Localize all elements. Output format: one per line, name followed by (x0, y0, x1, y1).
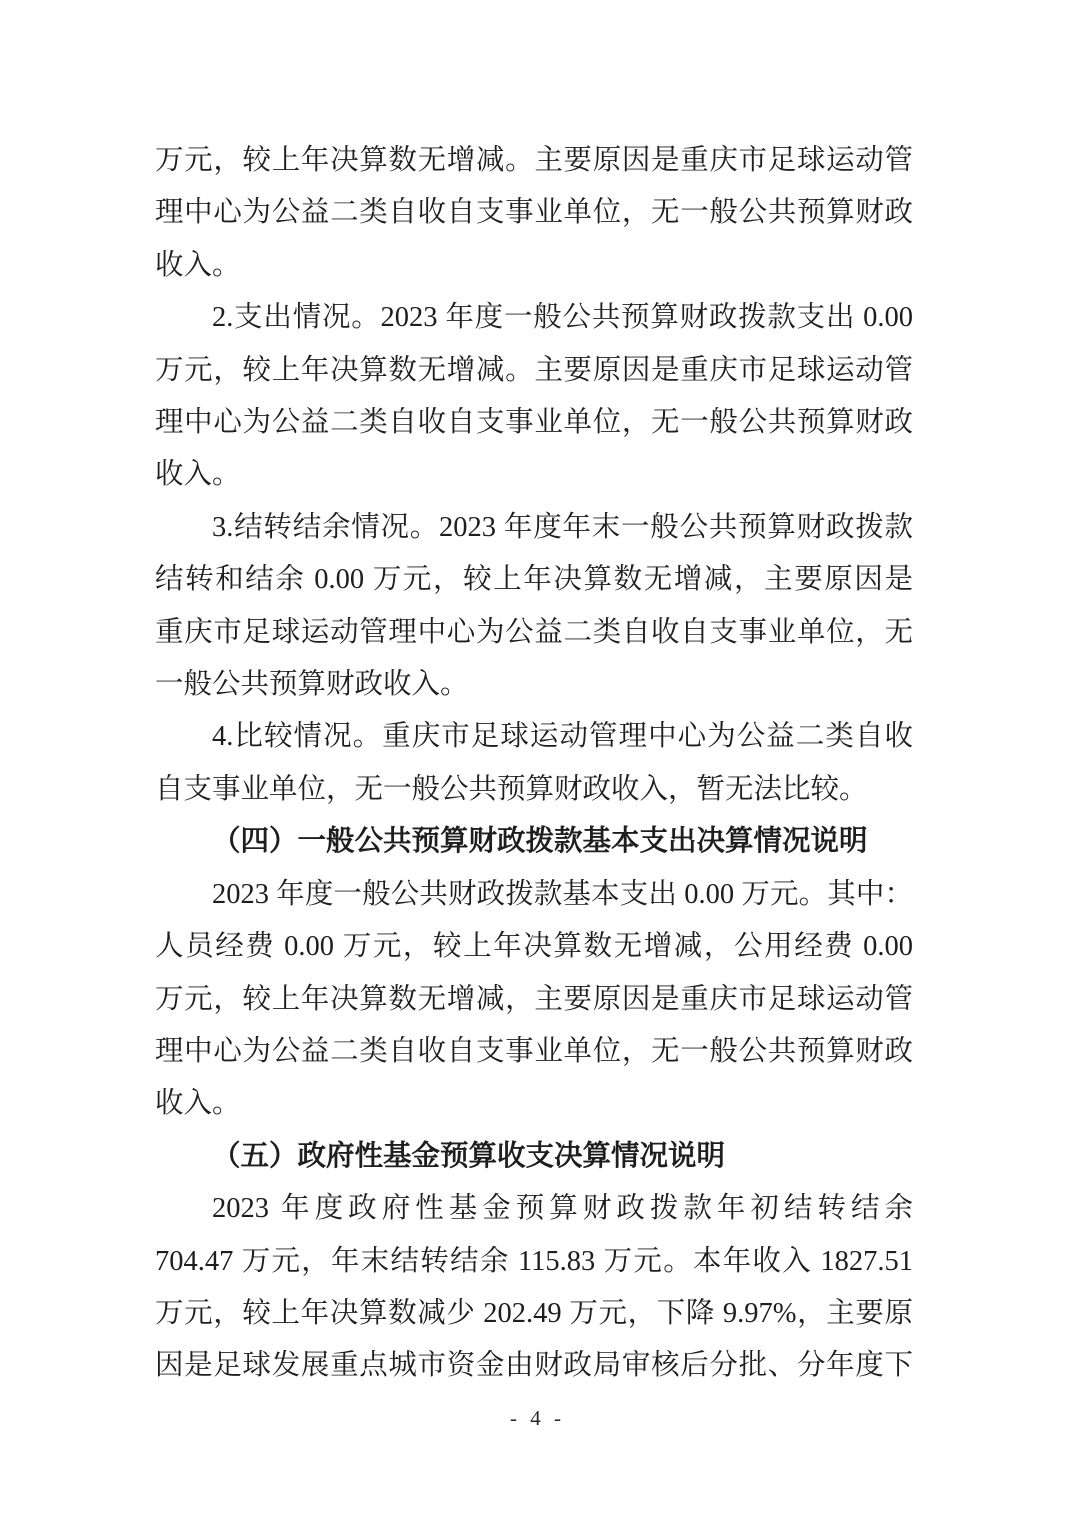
text-line: 重庆市足球运动管理中心为公益二类自收自支事业单位，无 (155, 607, 913, 659)
text-line: 自支事业单位，无一般公共预算财政收入，暂无法比较。 (155, 764, 913, 816)
text-line: 收入。 (155, 240, 913, 292)
text-line: 704.47 万元，年末结转结余 115.83 万元。本年收入 1827.51 (155, 1236, 913, 1288)
text-line: 一般公共预算财政收入。 (155, 659, 913, 711)
text-line: 万元，较上年决算数减少 202.49 万元，下降 9.97%，主要原 (155, 1288, 913, 1340)
page-footer: - 4 - (0, 1403, 1075, 1433)
text-line: 人员经费 0.00 万元，较上年决算数无增减，公用经费 0.00 (155, 921, 913, 973)
section-heading: （四）一般公共预算财政拨款基本支出决算情况说明 (155, 816, 913, 868)
text-line: 3.结转结余情况。2023 年度年末一般公共预算财政拨款 (155, 502, 913, 554)
text-line: 收入。 (155, 449, 913, 501)
text-line: 万元，较上年决算数无增减，主要原因是重庆市足球运动管 (155, 974, 913, 1026)
text-line: 因是足球发展重点城市资金由财政局审核后分批、分年度下 (155, 1340, 913, 1392)
text-line: 结转和结余 0.00 万元，较上年决算数无增减，主要原因是 (155, 554, 913, 606)
text-line: 2023 年度政府性基金预算财政拨款年初结转结余 (155, 1183, 913, 1235)
document-page: 万元，较上年决算数无增减。主要原因是重庆市足球运动管 理中心为公益二类自收自支事… (0, 0, 1075, 1520)
text-line: 2023 年度一般公共财政拨款基本支出 0.00 万元。其中： (155, 869, 913, 921)
section-heading: （五）政府性基金预算收支决算情况说明 (155, 1131, 913, 1183)
text-line: 4.比较情况。重庆市足球运动管理中心为公益二类自收 (155, 711, 913, 763)
text-line: 万元，较上年决算数无增减。主要原因是重庆市足球运动管 (155, 135, 913, 187)
text-line: 理中心为公益二类自收自支事业单位，无一般公共预算财政 (155, 397, 913, 449)
document-body: 万元，较上年决算数无增减。主要原因是重庆市足球运动管 理中心为公益二类自收自支事… (155, 135, 913, 1393)
text-line: 理中心为公益二类自收自支事业单位，无一般公共预算财政 (155, 1026, 913, 1078)
page-number: - 4 - (510, 1406, 565, 1430)
text-line: 收入。 (155, 1078, 913, 1130)
text-line: 2.支出情况。2023 年度一般公共预算财政拨款支出 0.00 (155, 292, 913, 344)
text-line: 理中心为公益二类自收自支事业单位，无一般公共预算财政 (155, 187, 913, 239)
text-line: 万元，较上年决算数无增减。主要原因是重庆市足球运动管 (155, 345, 913, 397)
